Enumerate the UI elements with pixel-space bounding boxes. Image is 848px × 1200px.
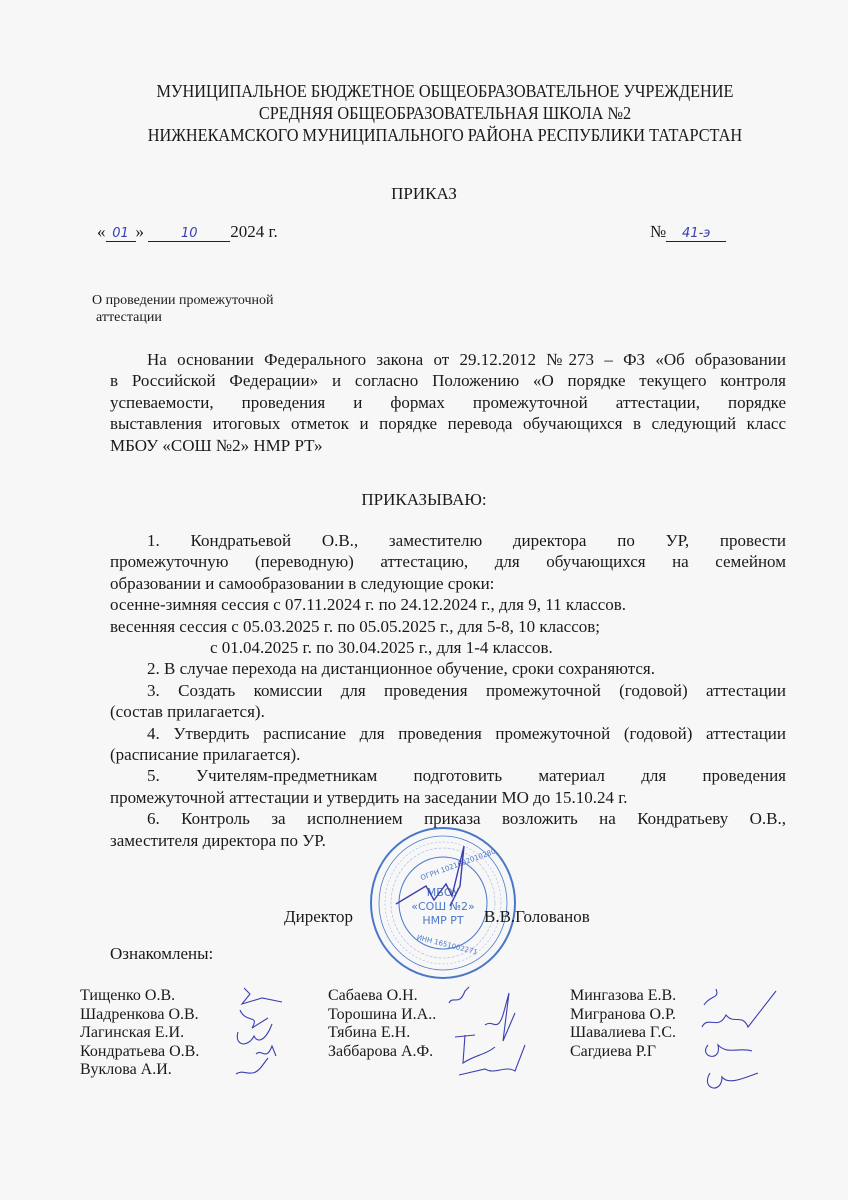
order-date: «01» 102024 г. — [97, 222, 278, 242]
acquainted-name: Шадренкова О.В. — [80, 1006, 199, 1025]
date-day: 01 — [106, 226, 136, 242]
number-label: № — [650, 222, 666, 241]
order-subject: О проведении промежуточной аттестации — [92, 292, 274, 326]
acquainted-label: Ознакомлены: — [110, 944, 213, 964]
preamble-line: На основании Федерального закона от 29.1… — [110, 349, 786, 370]
acquainted-name: Шавалиева Г.С. — [570, 1024, 676, 1043]
acquainted-name: Кондратьева О.В. — [80, 1043, 199, 1062]
svg-text:ОГРН 1021602010280: ОГРН 1021602010280 — [420, 847, 497, 882]
number-value: 41-э — [666, 226, 726, 242]
handwritten-signatures-column-1-icon — [232, 984, 302, 1094]
acquainted-column-3: Мингазова Е.В. Мигранова О.Р. Шавалиева … — [570, 987, 676, 1061]
header-line-3: НИЖНЕКАМСКОГО МУНИЦИПАЛЬНОГО РАЙОНА РЕСП… — [106, 124, 785, 146]
document-title: ПРИКАЗ — [0, 184, 848, 204]
close-quote: » — [136, 222, 145, 241]
preamble: На основании Федерального закона от 29.1… — [110, 349, 786, 456]
open-quote: « — [97, 222, 106, 241]
item-2-line: 2. В случае перехода на дистанционное об… — [110, 658, 786, 679]
header-line-2: СРЕДНЯЯ ОБЩЕОБРАЗОВАТЕЛЬНАЯ ШКОЛА №2 — [106, 102, 785, 124]
date-year: 2024 г. — [230, 222, 278, 241]
header-line-1: МУНИЦИПАЛЬНОЕ БЮДЖЕТНОЕ ОБЩЕОБРАЗОВАТЕЛЬ… — [106, 80, 785, 102]
handwritten-signatures-column-3-icon — [698, 985, 808, 1105]
session-spring-1-4: с 01.04.2025 г. по 30.04.2025 г., для 1-… — [110, 637, 786, 658]
item-3-line: 3. Создать комиссии для проведения проме… — [110, 680, 786, 701]
director-name: В.В.Голованов — [484, 907, 590, 927]
institution-header: МУНИЦИПАЛЬНОЕ БЮДЖЕТНОЕ ОБЩЕОБРАЗОВАТЕЛЬ… — [106, 80, 785, 146]
acquainted-name: Лагинская Е.И. — [80, 1024, 199, 1043]
item-5-line: промежуточной аттестации и утвердить на … — [110, 787, 786, 808]
acquainted-name: Сабаева О.Н. — [328, 987, 436, 1006]
acquainted-name: Тищенко О.В. — [80, 987, 199, 1006]
handwritten-signatures-column-2-icon — [445, 985, 575, 1095]
director-role: Директор — [284, 907, 353, 927]
acquainted-name: Мингазова Е.В. — [570, 987, 676, 1006]
item-4-line: (расписание прилагается). — [110, 744, 786, 765]
svg-text:«СОШ №2»: «СОШ №2» — [411, 900, 475, 913]
date-month: 10 — [148, 226, 230, 242]
acquainted-name: Торошина И.А.. — [328, 1006, 436, 1025]
item-3-line: (состав прилагается). — [110, 701, 786, 722]
preamble-line: в Российской Федерации» и согласно Полож… — [110, 370, 786, 391]
school-stamp-icon: МБОУ «СОШ №2» НМР РТ ОГРН 1021602010280 … — [368, 826, 518, 981]
preamble-line: успеваемости, проведения и формах промеж… — [110, 392, 786, 413]
acquainted-name: Заббарова А.Ф. — [328, 1043, 436, 1062]
preamble-line: выставления итоговых отметок и порядке п… — [110, 413, 786, 434]
item-4-line: 4. Утвердить расписание для проведения п… — [110, 723, 786, 744]
acquainted-column-2: Сабаева О.Н. Торошина И.А.. Тябина Е.Н. … — [328, 987, 436, 1061]
acquainted-name: Сагдиева Р.Г — [570, 1043, 676, 1062]
preamble-line: МБОУ «СОШ №2» НМР РТ» — [110, 435, 786, 456]
acquainted-name: Тябина Е.Н. — [328, 1024, 436, 1043]
session-autumn-winter: осенне-зимняя сессия с 07.11.2024 г. по … — [110, 594, 786, 615]
item-1-line: 1. Кондратьевой О.В., заместителю директ… — [110, 530, 786, 551]
order-items: 1. Кондратьевой О.В., заместителю директ… — [110, 530, 786, 851]
item-1-line: образовании и самообразовании в следующи… — [110, 573, 786, 594]
acquainted-name: Вуклова А.И. — [80, 1061, 199, 1080]
document-page: МУНИЦИПАЛЬНОЕ БЮДЖЕТНОЕ ОБЩЕОБРАЗОВАТЕЛЬ… — [0, 0, 848, 1200]
subject-line-2: аттестации — [92, 309, 274, 326]
acquainted-column-1: Тищенко О.В. Шадренкова О.В. Лагинская Е… — [80, 987, 199, 1080]
svg-text:НМР РТ: НМР РТ — [422, 914, 464, 927]
item-5-line: 5. Учителям-предметникам подготовить мат… — [110, 765, 786, 786]
item-1-line: промежуточную (переводную) аттестацию, д… — [110, 551, 786, 572]
subject-line-1: О проведении промежуточной — [92, 292, 274, 309]
order-number: №41-э — [650, 222, 726, 242]
acquainted-name: Мигранова О.Р. — [570, 1006, 676, 1025]
order-heading: ПРИКАЗЫВАЮ: — [0, 490, 848, 510]
session-spring-5-8-10: весенняя сессия с 05.03.2025 г. по 05.05… — [110, 616, 786, 637]
